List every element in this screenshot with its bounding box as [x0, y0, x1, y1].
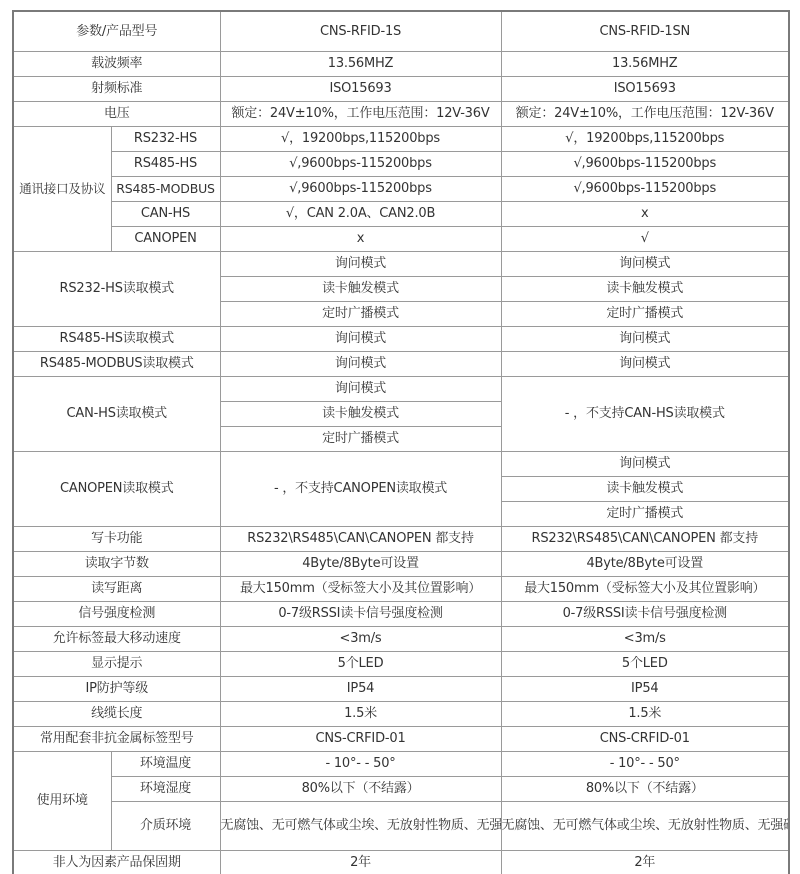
spec-table: 参数/产品型号 CNS-RFID-1S CNS-RFID-1SN 载波频率 13… [12, 10, 790, 874]
cell-b: IP54 [501, 677, 789, 702]
cell-a: 1.5米 [220, 702, 501, 727]
cell-a: √，CAN 2.0A、CAN2.0B [220, 202, 501, 227]
env-group-label: 使用环境 [13, 752, 111, 851]
table-row: 显示提示 5个LED 5个LED [13, 652, 789, 677]
table-row: 电压 额定：24V±10%，工作电压范围：12V-36V 额定：24V±10%，… [13, 102, 789, 127]
cell-a: 询问模式 [220, 352, 501, 377]
cell-b: √，19200bps,115200bps [501, 127, 789, 152]
row-label: 非人为因素产品保固期 [13, 851, 220, 874]
row-label: 读取字节数 [13, 552, 220, 577]
table-row: 射频标准 ISO15693 ISO15693 [13, 77, 789, 102]
cell-a: 额定：24V±10%，工作电压范围：12V-36V [220, 102, 501, 127]
table-row: 环境湿度 80%以下（不结露） 80%以下（不结露） [13, 777, 789, 802]
comm-group-label: 通讯接口及协议 [13, 127, 111, 252]
table-row: 信号强度检测 0-7级RSSI读卡信号强度检测 0-7级RSSI读卡信号强度检测 [13, 602, 789, 627]
cell-a: 13.56MHZ [220, 52, 501, 77]
row-label: IP防护等级 [13, 677, 220, 702]
cell-a: √,9600bps-115200bps [220, 177, 501, 202]
row-label: CAN-HS [111, 202, 220, 227]
cell-a: RS232\RS485\CAN\CANOPEN 都支持 [220, 527, 501, 552]
cell-a: 读卡触发模式 [220, 277, 501, 302]
cell-b: 额定：24V±10%，工作电压范围：12V-36V [501, 102, 789, 127]
row-label: 允许标签最大移动速度 [13, 627, 220, 652]
cell-b: 询问模式 [501, 252, 789, 277]
cell-b: - ，不支持CAN-HS读取模式 [501, 377, 789, 452]
cell-a: - 10°- - 50° [220, 752, 501, 777]
row-label: RS485-HS [111, 152, 220, 177]
table-row: 非人为因素产品保固期 2年 2年 [13, 851, 789, 874]
cell-a: 定时广播模式 [220, 302, 501, 327]
cell-b: 0-7级RSSI读卡信号强度检测 [501, 602, 789, 627]
table-row: CAN-HS读取模式 询问模式 - ，不支持CAN-HS读取模式 [13, 377, 789, 402]
table-row: CANOPEN读取模式 - ，不支持CANOPEN读取模式 询问模式 [13, 452, 789, 477]
table-row: RS485-HS读取模式 询问模式 询问模式 [13, 327, 789, 352]
table-row: 通讯接口及协议 RS232-HS √，19200bps,115200bps √，… [13, 127, 789, 152]
table-row: 介质环境 无腐蚀、无可燃气体或尘埃、无放射性物质、无强磁场、不可在真空环境中使用… [13, 802, 789, 851]
row-label: RS232-HS读取模式 [13, 252, 220, 327]
table-row: RS485-MODBUS √,9600bps-115200bps √,9600b… [13, 177, 789, 202]
cell-a: 4Byte/8Byte可设置 [220, 552, 501, 577]
cell-b: 80%以下（不结露） [501, 777, 789, 802]
table-row: RS485-HS √,9600bps-115200bps √,9600bps-1… [13, 152, 789, 177]
cell-b: 读卡触发模式 [501, 277, 789, 302]
cell-a: 询问模式 [220, 252, 501, 277]
cell-a: 定时广播模式 [220, 427, 501, 452]
table-row: RS232-HS读取模式 询问模式 询问模式 [13, 252, 789, 277]
row-label: RS485-MODBUS [111, 177, 220, 202]
row-label: 射频标准 [13, 77, 220, 102]
cell-a: 读卡触发模式 [220, 402, 501, 427]
cell-a: - ，不支持CANOPEN读取模式 [220, 452, 501, 527]
cell-b: 1.5米 [501, 702, 789, 727]
cell-a: 5个LED [220, 652, 501, 677]
param-header: 参数/产品型号 [13, 11, 220, 52]
cell-b: RS232\RS485\CAN\CANOPEN 都支持 [501, 527, 789, 552]
cell-a: <3m/s [220, 627, 501, 652]
cell-b: 2年 [501, 851, 789, 874]
table-row: RS485-MODBUS读取模式 询问模式 询问模式 [13, 352, 789, 377]
row-label: 常用配套非抗金属标签型号 [13, 727, 220, 752]
cell-a: 2年 [220, 851, 501, 874]
cell-b: √ [501, 227, 789, 252]
row-label: 电压 [13, 102, 220, 127]
product-b-header: CNS-RFID-1SN [501, 11, 789, 52]
row-label: RS485-HS读取模式 [13, 327, 220, 352]
row-label: 介质环境 [111, 802, 220, 851]
row-label: 读写距离 [13, 577, 220, 602]
row-label: 载波频率 [13, 52, 220, 77]
cell-b: 4Byte/8Byte可设置 [501, 552, 789, 577]
cell-a: √,9600bps-115200bps [220, 152, 501, 177]
cell-b: 定时广播模式 [501, 302, 789, 327]
row-label: 环境湿度 [111, 777, 220, 802]
table-row: 线缆长度 1.5米 1.5米 [13, 702, 789, 727]
cell-b: 读卡触发模式 [501, 477, 789, 502]
row-label: RS232-HS [111, 127, 220, 152]
cell-b: - 10°- - 50° [501, 752, 789, 777]
row-label: 写卡功能 [13, 527, 220, 552]
cell-a: IP54 [220, 677, 501, 702]
cell-b: 定时广播模式 [501, 502, 789, 527]
table-row: 常用配套非抗金属标签型号 CNS-CRFID-01 CNS-CRFID-01 [13, 727, 789, 752]
table-row: 读取字节数 4Byte/8Byte可设置 4Byte/8Byte可设置 [13, 552, 789, 577]
table-row: 读写距离 最大150mm（受标签大小及其位置影响） 最大150mm（受标签大小及… [13, 577, 789, 602]
cell-a: 询问模式 [220, 327, 501, 352]
table-row: CANOPEN x √ [13, 227, 789, 252]
cell-b: 5个LED [501, 652, 789, 677]
row-label: 线缆长度 [13, 702, 220, 727]
header-row: 参数/产品型号 CNS-RFID-1S CNS-RFID-1SN [13, 11, 789, 52]
table-row: 使用环境 环境温度 - 10°- - 50° - 10°- - 50° [13, 752, 789, 777]
table-row: 写卡功能 RS232\RS485\CAN\CANOPEN 都支持 RS232\R… [13, 527, 789, 552]
row-label: 环境温度 [111, 752, 220, 777]
cell-b: x [501, 202, 789, 227]
product-a-header: CNS-RFID-1S [220, 11, 501, 52]
cell-b: <3m/s [501, 627, 789, 652]
cell-a: ISO15693 [220, 77, 501, 102]
cell-a: 无腐蚀、无可燃气体或尘埃、无放射性物质、无强磁场、不可在真空环境中使用 [220, 802, 501, 851]
row-label: CANOPEN读取模式 [13, 452, 220, 527]
row-label: CANOPEN [111, 227, 220, 252]
cell-a: 询问模式 [220, 377, 501, 402]
cell-b: 询问模式 [501, 327, 789, 352]
row-label: RS485-MODBUS读取模式 [13, 352, 220, 377]
cell-a: CNS-CRFID-01 [220, 727, 501, 752]
table-row: IP防护等级 IP54 IP54 [13, 677, 789, 702]
cell-b: 最大150mm（受标签大小及其位置影响） [501, 577, 789, 602]
cell-a: x [220, 227, 501, 252]
row-label: CAN-HS读取模式 [13, 377, 220, 452]
cell-a: 最大150mm（受标签大小及其位置影响） [220, 577, 501, 602]
table-row: 载波频率 13.56MHZ 13.56MHZ [13, 52, 789, 77]
cell-b: √,9600bps-115200bps [501, 152, 789, 177]
cell-a: 80%以下（不结露） [220, 777, 501, 802]
cell-b: 无腐蚀、无可燃气体或尘埃、无放射性物质、无强磁场、不可在真空环境中使用 [501, 802, 789, 851]
row-label: 显示提示 [13, 652, 220, 677]
cell-b: 询问模式 [501, 352, 789, 377]
cell-b: CNS-CRFID-01 [501, 727, 789, 752]
cell-b: 询问模式 [501, 452, 789, 477]
cell-b: 13.56MHZ [501, 52, 789, 77]
cell-b: √,9600bps-115200bps [501, 177, 789, 202]
row-label: 信号强度检测 [13, 602, 220, 627]
table-row: 允许标签最大移动速度 <3m/s <3m/s [13, 627, 789, 652]
cell-a: 0-7级RSSI读卡信号强度检测 [220, 602, 501, 627]
cell-b: ISO15693 [501, 77, 789, 102]
table-row: CAN-HS √，CAN 2.0A、CAN2.0B x [13, 202, 789, 227]
cell-a: √，19200bps,115200bps [220, 127, 501, 152]
